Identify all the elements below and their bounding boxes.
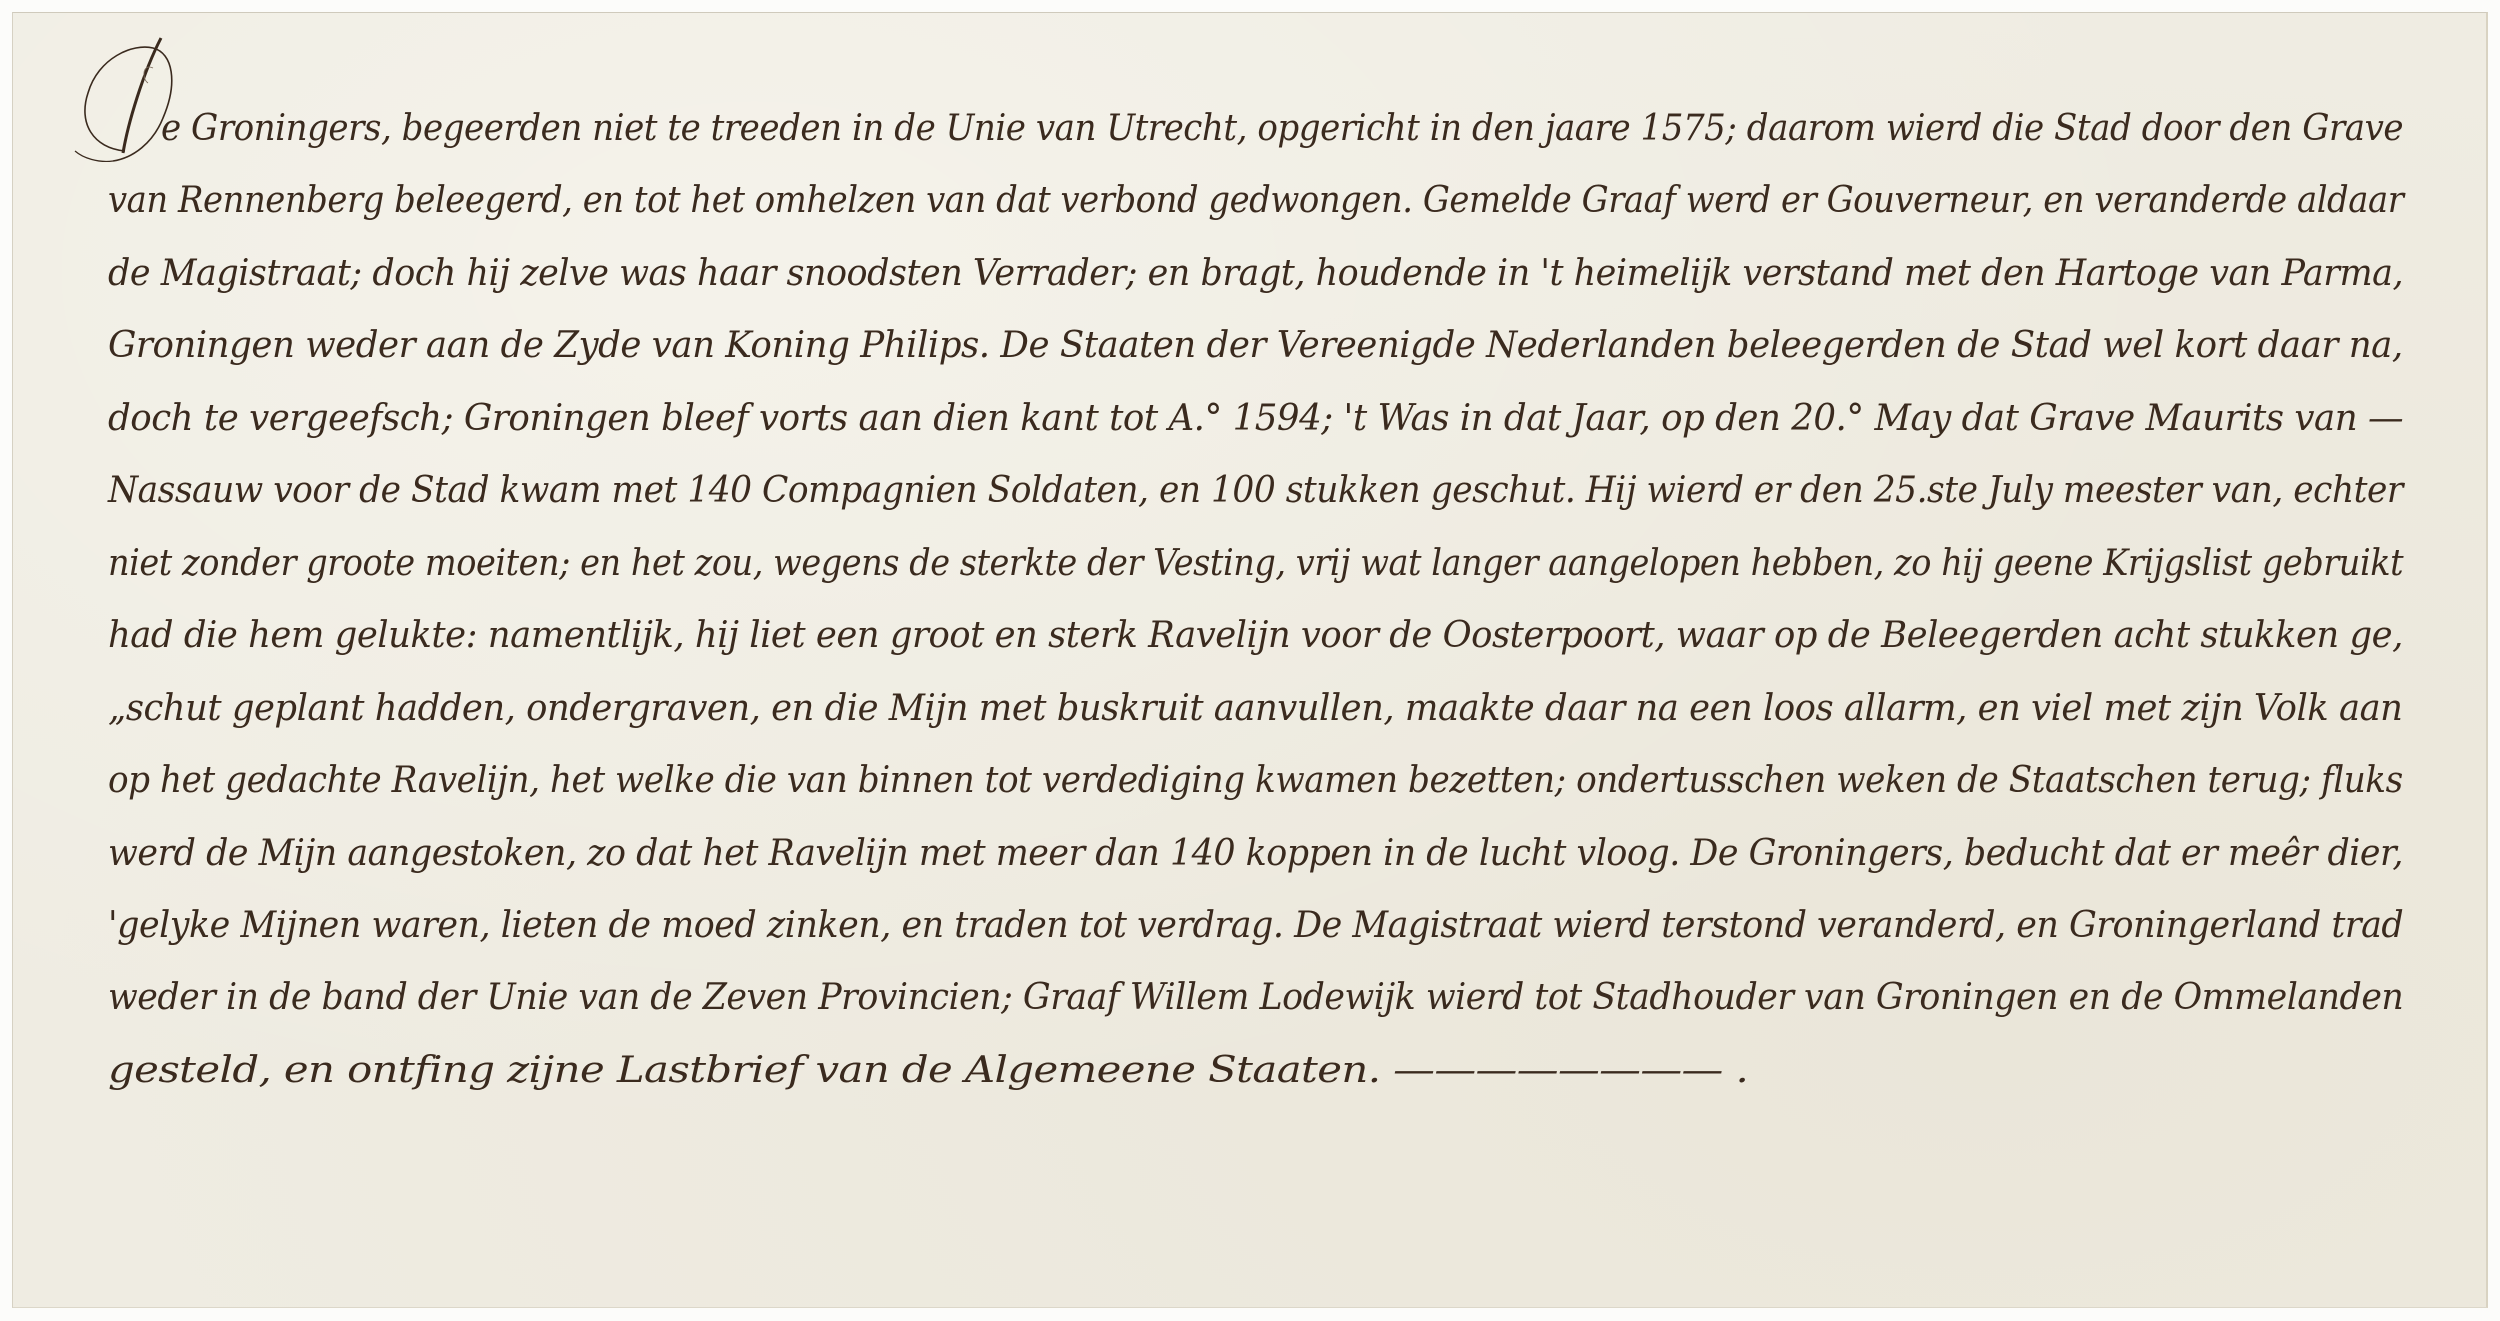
- text-line: Groningen weder aan de Zyde van Koning P…: [108, 326, 2403, 366]
- text-line: Nassauw voor de Stad kwam met 140 Compag…: [108, 471, 2403, 511]
- text-line: doch te vergeefsch; Groningen bleef vort…: [108, 399, 2403, 439]
- text-line: „schut geplant hadden, ondergraven, en d…: [108, 689, 2402, 729]
- text-line: e Groningers, begeerden niet te treeden …: [161, 109, 2403, 149]
- text-line: gesteld, en ontfing zijne Lastbrief van …: [108, 1051, 1748, 1091]
- text-line: 'gelyke Mijnen waren, lieten de moed zin…: [108, 906, 2403, 946]
- manuscript-page: e Groningers, begeerden niet te treeden …: [12, 12, 2488, 1308]
- text-line: op het gedachte Ravelijn, het welke die …: [108, 761, 2403, 801]
- text-line: werd de Mijn aangestoken, zo dat het Rav…: [108, 834, 2403, 874]
- text-line: niet zonder groote moeiten; en het zou, …: [108, 544, 2403, 584]
- text-line: weder in de band der Unie van de Zeven P…: [108, 978, 2403, 1018]
- manuscript-text: e Groningers, begeerden niet te treeden …: [13, 13, 2486, 1307]
- text-line: had die hem gelukte: namentlijk, hij lie…: [108, 616, 2403, 656]
- text-line: van Rennenberg beleegerd, en tot het omh…: [108, 181, 2403, 221]
- text-line: de Magistraat; doch hij zelve was haar s…: [108, 254, 2403, 294]
